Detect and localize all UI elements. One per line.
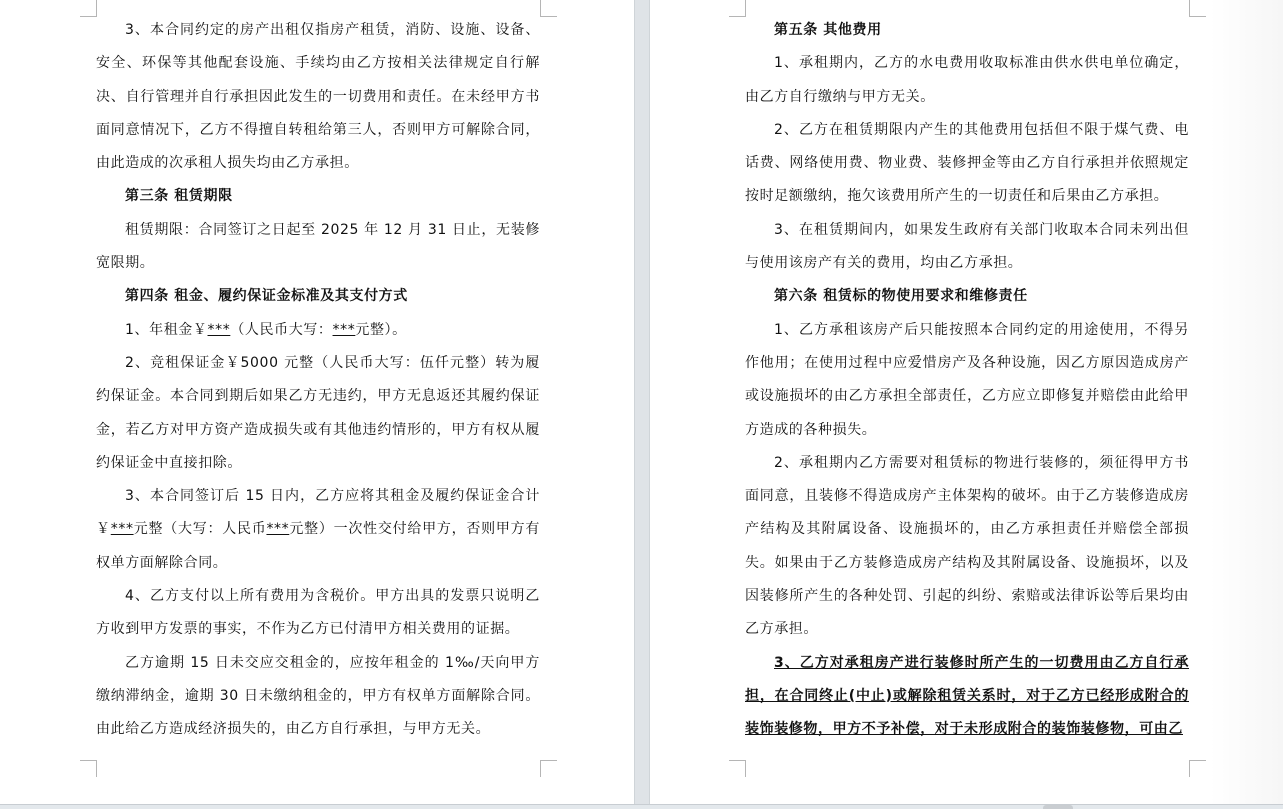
section-heading: 第三条 租赁期限 [96, 180, 540, 213]
text-run: 元整）。 [355, 322, 406, 338]
paragraph: 乙方逾期 15 日未交应交租金的，应按年租金的 1‰/天向甲方缴纳滞纳金，逾期 … [96, 647, 540, 747]
text-run: 元整（大写：人民币 [134, 521, 267, 537]
document-viewport: 3、本合同约定的房产出租仅指房产租赁，消防、设施、设备、安全、环保等其他配套设施… [0, 0, 1283, 804]
page-body-text[interactable]: 第五条 其他费用1、承租期内，乙方的水电费用收取标准由供水供电单位确定，由乙方自… [745, 14, 1189, 747]
paragraph: 2、乙方在租赁期限内产生的其他费用包括但不限于煤气费、电话费、网络使用费、物业费… [745, 114, 1189, 214]
margin-corner-mark [540, 760, 557, 777]
paragraph: 2、承租期内乙方需要对租赁标的物进行装修的，须征得甲方书面同意，且装修不得造成房… [745, 447, 1189, 647]
paragraph: 1、承租期内，乙方的水电费用收取标准由供水供电单位确定，由乙方自行缴纳与甲方无关… [745, 47, 1189, 114]
text-run: （人民币大写： [230, 322, 332, 338]
margin-corner-mark [80, 0, 97, 17]
paragraph: 3、本合同签订后 15 日内，乙方应将其租金及履约保证金合计￥***元整（大写：… [96, 480, 540, 580]
blank-field: *** [333, 322, 356, 338]
paragraph: 1、乙方承租该房产后只能按照本合同约定的用途使用，不得另作他用；在使用过程中应爱… [745, 314, 1189, 447]
page-body-text[interactable]: 3、本合同约定的房产出租仅指房产租赁，消防、设施、设备、安全、环保等其他配套设施… [96, 14, 540, 747]
paragraph: 租赁期限：合同签订之日起至 2025 年 12 月 31 日止，无装修宽限期。 [96, 214, 540, 281]
margin-corner-mark [1189, 760, 1206, 777]
margin-corner-mark [729, 0, 746, 17]
margin-corner-mark [540, 0, 557, 17]
document-page-left: 3、本合同约定的房产出租仅指房产租赁，消防、设施、设备、安全、环保等其他配套设施… [0, 0, 634, 804]
margin-corner-mark [80, 760, 97, 777]
section-heading: 第四条 租金、履约保证金标准及其支付方式 [96, 280, 540, 313]
blank-field: *** [266, 521, 289, 537]
page-separator [634, 0, 650, 804]
paragraph: 3、本合同约定的房产出租仅指房产租赁，消防、设施、设备、安全、环保等其他配套设施… [96, 14, 540, 180]
text-run: 1、年租金￥ [125, 322, 208, 338]
section-heading: 第六条 租赁标的物使用要求和维修责任 [745, 280, 1189, 313]
section-heading: 第五条 其他费用 [745, 14, 1189, 47]
horizontal-scrollbar[interactable] [0, 804, 1283, 809]
paragraph: 3、在租赁期间内，如果发生政府有关部门收取本合同未列出但与使用该房产有关的费用，… [745, 214, 1189, 281]
margin-corner-mark [729, 760, 746, 777]
paragraph: 1、年租金￥***（人民币大写：***元整）。 [96, 314, 540, 347]
margin-corner-mark [1189, 0, 1206, 17]
blank-field: *** [111, 521, 134, 537]
blank-field: *** [208, 322, 231, 338]
paragraph: 2、竞租保证金￥5000 元整（人民币大写：伍仟元整）转为履约保证金。本合同到期… [96, 347, 540, 480]
document-page-right: 第五条 其他费用1、承租期内，乙方的水电费用收取标准由供水供电单位确定，由乙方自… [650, 0, 1283, 804]
paragraph: 4、乙方支付以上所有费用为含税价。甲方出具的发票只说明乙方收到甲方发票的事实，不… [96, 580, 540, 647]
paragraph: 3、乙方对承租房产进行装修时所产生的一切费用由乙方自行承担，在合同终止(中止)或… [745, 647, 1189, 747]
emphasized-clause: 3、乙方对承租房产进行装修时所产生的一切费用由乙方自行承担，在合同终止(中止)或… [745, 655, 1189, 738]
scrollbar-thumb[interactable] [1043, 805, 1073, 809]
